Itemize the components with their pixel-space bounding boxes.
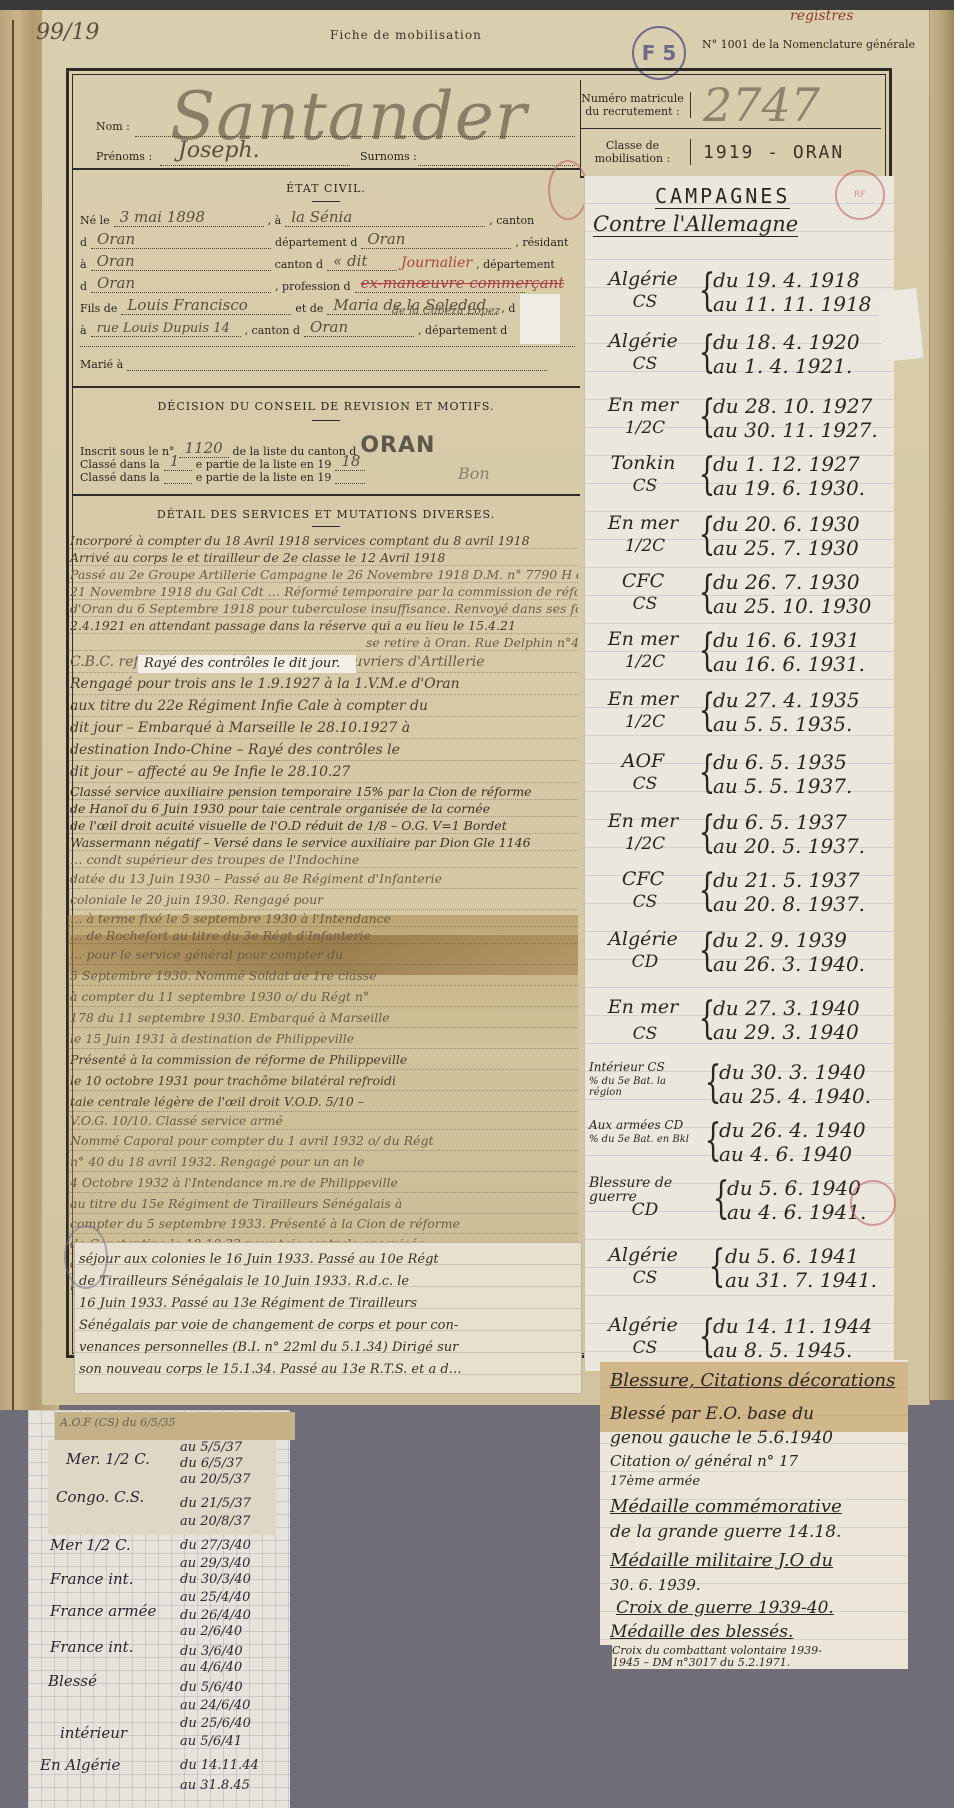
- matricule-divider: [581, 128, 881, 129]
- matricule-row: Numéro matricule du recrutement : 2747: [581, 84, 889, 126]
- campaign-entry: En mer 1/2C { du 20. 6. 1930au 25. 7. 19…: [585, 512, 895, 568]
- decoration-line: Médaille commémorative: [610, 1496, 842, 1517]
- birth-department: Oran: [361, 230, 511, 249]
- service-line: Passé au 2e Groupe Artillerie Campagne l…: [66, 566, 578, 583]
- prenoms-label: Prénoms :: [96, 150, 152, 163]
- campaign-entry: Algérie CS { du 18. 4. 1920au 1. 4. 1921…: [585, 330, 895, 386]
- campaign-place: Algérie: [589, 928, 697, 950]
- date-from: du 30. 3. 1940: [719, 1060, 871, 1084]
- row-prefix: Né le: [80, 214, 110, 227]
- campaign-dates: du 19. 4. 1918au 11. 11. 1918: [713, 268, 871, 316]
- slip-date: au 5/6/41: [180, 1734, 242, 1749]
- decoration-line: genou gauche le 5.6.1940: [610, 1428, 833, 1448]
- row-suffix: , département: [476, 258, 555, 271]
- slip-date: au 25/4/40: [180, 1590, 250, 1605]
- classe-part: [164, 483, 192, 484]
- classe-year: 18: [335, 452, 365, 471]
- slip-date: au 2/6/40: [180, 1624, 242, 1639]
- campaign-place: AOF: [589, 750, 697, 772]
- date-from: du 16. 6. 1931: [713, 628, 865, 652]
- campaign-dates: du 27. 3. 1940au 29. 3. 1940: [713, 996, 860, 1044]
- row-prefix: à: [80, 324, 87, 337]
- row-suffix: , d: [501, 302, 515, 315]
- row-prefix: d: [80, 280, 87, 293]
- decoration-line: Médaille des blessés.: [610, 1622, 793, 1642]
- title-rule: [312, 526, 340, 527]
- date-from: du 2. 9. 1939: [713, 928, 865, 952]
- row-suffix: , résidant: [515, 236, 568, 249]
- row-mid: canton d: [275, 258, 323, 271]
- slip-date: du 21/5/37: [180, 1496, 251, 1511]
- birth-date: 3 mai 1898: [114, 208, 264, 227]
- date-from: du 27. 3. 1940: [713, 996, 860, 1020]
- campaign-code: CS: [605, 1338, 685, 1358]
- campaign-dates: du 21. 5. 1937au 20. 8. 1937.: [713, 868, 865, 916]
- service-line: d'Oran du 6 Septembre 1918 pour tubercul…: [66, 600, 578, 617]
- campaign-place: En mer: [589, 394, 697, 416]
- service-line: Présenté à la commission de réforme de P…: [66, 1049, 578, 1070]
- campaign-dates: du 6. 5. 1935au 5. 5. 1937.: [713, 750, 852, 798]
- decorations-title: Blessure, Citations décorations: [610, 1370, 895, 1391]
- date-from: du 18. 4. 1920: [713, 330, 860, 354]
- service-line: dit jour – affecté au 9e Infie le 28.10.…: [66, 761, 578, 783]
- date-to: au 20. 5. 1937.: [713, 834, 865, 858]
- date-to: au 4. 6. 1940: [719, 1142, 866, 1166]
- campaign-dates: du 6. 5. 1937au 20. 5. 1937.: [713, 810, 865, 858]
- decoration-line: Croix de guerre 1939-40.: [616, 1598, 834, 1618]
- campaigns-title: CAMPAGNES: [655, 184, 790, 209]
- campaign-place: En mer: [589, 996, 697, 1018]
- classe-label: Classé dans la: [80, 458, 160, 471]
- brace-icon: {: [709, 1244, 726, 1290]
- service-line: datée du 13 Juin 1930 – Passé au 8e Régi…: [66, 868, 578, 889]
- parents-address: rue Louis Dupuis 14: [91, 321, 241, 337]
- campaign-entry: Intérieur CS % du 5e Bat. la région { du…: [585, 1060, 895, 1116]
- slip-label: France int.: [50, 1638, 133, 1656]
- divider: [72, 494, 580, 496]
- classe-mid: e partie de la liste en 19: [196, 471, 332, 484]
- campaign-entry: Blessure de guerre CD { du 5. 6. 1940au …: [585, 1176, 895, 1232]
- date-from: du 26. 4. 1940: [719, 1118, 866, 1142]
- classe-label: Classé dans la: [80, 471, 160, 484]
- red-stamp: [548, 160, 588, 220]
- etat-civil-row: Né le 3 mai 1898 , à la Sénia , canton: [80, 208, 534, 227]
- date-to: au 25. 7. 1930: [713, 536, 860, 560]
- campaign-dates: du 1. 12. 1927au 19. 6. 1930.: [713, 452, 865, 500]
- campaign-entry: Tonkin CS { du 1. 12. 1927au 19. 6. 1930…: [585, 452, 895, 508]
- parents-canton: Oran: [304, 318, 414, 337]
- row-suffix: , département d: [418, 324, 507, 337]
- profession-struck: ex-manœuvre commerçant: [355, 274, 525, 293]
- decoration-line: 1945 – DM n°3017 du 5.2.1971.: [612, 1656, 908, 1669]
- date-to: au 20. 8. 1937.: [713, 892, 865, 916]
- campaign-code: % du 5e Bat. la région: [589, 1076, 699, 1098]
- title-rule: [312, 420, 340, 421]
- campaign-place: Algérie: [589, 330, 697, 352]
- campaign-place: CFC: [589, 868, 697, 890]
- service-line: … condt supérieur des troupes de l'Indoc…: [66, 851, 578, 868]
- slip-date: au 20/8/37: [180, 1514, 250, 1529]
- service-line: se retire à Oran. Rue Delphin n°42 –: [66, 634, 578, 651]
- service-line: séjour aux colonies le 16 Juin 1933. Pas…: [75, 1249, 581, 1271]
- row-mid: , canton d: [245, 324, 300, 337]
- classe-mid: e partie de la liste en 19: [196, 458, 332, 471]
- service-line: … pour le service général pour compter d…: [66, 944, 578, 965]
- campaign-entry: En mer 1/2C { du 6. 5. 1937au 20. 5. 193…: [585, 810, 895, 866]
- row-mid: , à: [268, 214, 282, 227]
- service-line: 4 Octobre 1932 à l'Intendance m.re de Ph…: [66, 1172, 578, 1193]
- campaign-dates: du 20. 6. 1930au 25. 7. 1930: [713, 512, 860, 560]
- slip-date: du 25/6/40: [180, 1716, 251, 1731]
- faded-header: A.O.F (CS) du 6/5/35: [60, 1416, 176, 1429]
- pasted-slip: séjour aux colonies le 16 Juin 1933. Pas…: [74, 1242, 582, 1394]
- mother-surname-note: de la Cabeza Lopez: [392, 304, 500, 317]
- decoration-line: 30. 6. 1939.: [610, 1576, 701, 1594]
- campaign-place: En mer: [589, 628, 697, 650]
- campaign-place: Algérie: [589, 1314, 697, 1336]
- date-from: du 19. 4. 1918: [713, 268, 871, 292]
- service-line: venances personnelles (B.I. n° 22ml du 5…: [75, 1337, 581, 1359]
- slip-date: au 5/5/37: [180, 1440, 242, 1455]
- campaigns-card: CAMPAGNES Contre l'Allemagne Algérie CS …: [584, 176, 894, 1371]
- etat-civil-row: d Oran , profession d ex-manœuvre commer…: [80, 274, 525, 293]
- campaign-place: CFC: [589, 570, 697, 592]
- campaign-code: % du 5e Bat. en Bkl: [589, 1134, 699, 1145]
- service-line: Arrivé au corps le et tirailleur de 2e c…: [66, 549, 578, 566]
- divider: [72, 386, 580, 388]
- service-line: Nommé Caporal pour compter du 1 avril 19…: [66, 1130, 578, 1151]
- date-from: du 27. 4. 1935: [713, 688, 860, 712]
- campaign-code: CS: [605, 774, 685, 794]
- profession-correction: Journalier: [401, 255, 472, 271]
- campaign-place: Algérie: [589, 268, 697, 290]
- service-line: au titre du 15e Régiment de Tirailleurs …: [66, 1193, 578, 1214]
- campaign-code: 1/2C: [605, 712, 685, 732]
- service-line: aux titre du 22e Régiment Infie Cale à c…: [66, 695, 578, 717]
- red-stamp: [850, 1180, 896, 1226]
- service-line: 178 du 11 septembre 1930. Embarqué à Mar…: [66, 1007, 578, 1028]
- campaign-place: Intérieur CS: [589, 1060, 697, 1074]
- date-from: du 14. 11. 1944: [713, 1314, 872, 1338]
- campaign-entry: En mer 1/2C { du 27. 4. 1935au 5. 5. 193…: [585, 688, 895, 744]
- torn-paper-patch: [876, 288, 923, 362]
- nom-field-line: [135, 136, 575, 137]
- service-line: Wassermann négatif – Versé dans le servi…: [66, 834, 578, 851]
- service-line: son nouveau corps le 15.1.34. Passé au 1…: [75, 1359, 581, 1381]
- row-prefix: à: [80, 258, 87, 271]
- campaign-place: Algérie: [589, 1244, 697, 1266]
- red-stamp-rf: RF: [835, 170, 885, 220]
- campaign-entry: CFC CS { du 21. 5. 1937au 20. 8. 1937.: [585, 868, 895, 924]
- service-line: de Hanoï du 6 Juin 1930 pour taie centra…: [66, 800, 578, 817]
- date-to: au 11. 11. 1918: [713, 292, 871, 316]
- paper-patch: [520, 294, 560, 344]
- slip-date: au 31.8.45: [180, 1778, 250, 1793]
- decoration-line: 17ème armée: [610, 1474, 700, 1489]
- date-from: du 28. 10. 1927: [713, 394, 878, 418]
- slip-label: Congo. C.S.: [56, 1488, 144, 1506]
- service-line: … à terme fixé le 5 septembre 1930 à l'I…: [66, 910, 578, 927]
- etat-civil-row: à Oran canton d « dit Journalier , dépar…: [80, 252, 555, 271]
- campaign-entry: Aux armées CD % du 5e Bat. en Bkl { du 2…: [585, 1118, 895, 1174]
- date-from: du 26. 7. 1930: [713, 570, 871, 594]
- date-to: au 16. 6. 1931.: [713, 652, 865, 676]
- form-title: Fiche de mobilisation: [330, 28, 482, 42]
- etat-civil-title: ÉTAT CIVIL.: [72, 182, 580, 195]
- campaigns-subtitle: Contre l'Allemagne: [593, 212, 798, 237]
- service-line: … de Rochefort au titre du 3e Régt d'Inf…: [66, 927, 578, 944]
- matricule-label: Numéro matricule du recrutement :: [581, 92, 691, 118]
- campaign-dates: du 5. 6. 1940au 4. 6. 1941.: [727, 1176, 866, 1224]
- service-line: Classé service auxiliaire pension tempor…: [66, 783, 578, 800]
- date-to: au 1. 4. 1921.: [713, 354, 860, 378]
- date-from: du 6. 5. 1935: [713, 750, 852, 774]
- service-line: n° 40 du 18 avril 1932. Rengagé pour un …: [66, 1151, 578, 1172]
- birth-place: la Sénia: [285, 208, 485, 227]
- marie-value: [127, 370, 547, 371]
- date-from: du 21. 5. 1937: [713, 868, 865, 892]
- nom-label: Nom :: [96, 120, 130, 133]
- etat-civil-row: d Oran département d Oran , résidant: [80, 230, 568, 249]
- campaign-dates: du 18. 4. 1920au 1. 4. 1921.: [713, 330, 860, 378]
- campaign-place: Aux armées CD: [589, 1118, 697, 1132]
- date-to: au 4. 6. 1941.: [727, 1200, 866, 1224]
- slip-label: Blessé: [48, 1672, 97, 1690]
- registres-note: registres: [790, 8, 853, 24]
- campaign-dates: du 30. 3. 1940au 25. 4. 1940.: [719, 1060, 871, 1108]
- campaign-code: 1/2C: [605, 652, 685, 672]
- classe-row: Classé dans la e partie de la liste en 1…: [80, 471, 365, 484]
- campaign-code: CS: [605, 354, 685, 374]
- service-line: 21 Novembre 1918 du Gal Cdt … Réformé te…: [66, 583, 578, 600]
- campaign-code: CD: [605, 1200, 685, 1220]
- row-suffix: , canton: [489, 214, 534, 227]
- prenoms-value: Joseph.: [178, 138, 260, 163]
- surnoms-field-line: [418, 165, 575, 166]
- decision-remark: Bon: [458, 464, 490, 483]
- slip-date: au 4/6/40: [180, 1660, 242, 1675]
- residence-canton: « dit: [327, 252, 397, 271]
- campaign-dates: du 5. 6. 1941au 31. 7. 1941.: [725, 1244, 877, 1292]
- slip-date: au 29/3/40: [180, 1556, 250, 1571]
- slip-label: En Algérie: [40, 1756, 120, 1774]
- date-from: du 5. 6. 1940: [727, 1176, 866, 1200]
- marie-label: Marié à: [80, 358, 123, 371]
- services-text: Incorporé à compter du 18 Avril 1918 ser…: [66, 532, 578, 1294]
- spine-seam: [12, 20, 14, 1410]
- surnoms-label: Surnoms :: [360, 150, 417, 163]
- classe-row: Classé dans la 1 e partie de la liste en…: [80, 452, 365, 471]
- campaign-place: En mer: [589, 688, 697, 710]
- classe-value: 1919 - ORAN: [691, 142, 844, 163]
- slip-date: au 20/5/37: [180, 1472, 250, 1487]
- service-line: coloniale le 20 juin 1930. Rengagé pour: [66, 889, 578, 910]
- campaign-dates: du 26. 7. 1930au 25. 10. 1930: [713, 570, 871, 618]
- slip-date: du 14.11.44: [180, 1758, 259, 1773]
- marie-row: Marié à: [80, 358, 547, 371]
- date-from: du 1. 12. 1927: [713, 452, 865, 476]
- campaign-entry: Algérie CD { du 2. 9. 1939au 26. 3. 1940…: [585, 928, 895, 984]
- classe-year: [335, 483, 365, 484]
- campaign-dates: du 27. 4. 1935au 5. 5. 1935.: [713, 688, 860, 736]
- row-mid: et de: [295, 302, 323, 315]
- date-to: au 31. 7. 1941.: [725, 1268, 877, 1292]
- campaign-code: CS: [605, 476, 685, 496]
- service-line: compter du 5 septembre 1933. Présenté à …: [66, 1214, 578, 1234]
- campaign-entry: Algérie CS { du 5. 6. 1941au 31. 7. 1941…: [585, 1244, 895, 1300]
- campaign-code: CS: [605, 292, 685, 312]
- date-to: au 29. 3. 1940: [713, 1020, 860, 1044]
- campaign-code: CS: [605, 892, 685, 912]
- campaign-entry: CFC CS { du 26. 7. 1930au 25. 10. 1930: [585, 570, 895, 626]
- residence: Oran: [91, 252, 271, 271]
- date-to: au 19. 6. 1930.: [713, 476, 865, 500]
- nomenclature-ref: N° 1001 de la Nomenclature générale: [702, 38, 915, 51]
- slip-date: du 27/3/40: [180, 1538, 251, 1553]
- classe-row: Classe de mobilisation : 1919 - ORAN: [581, 132, 889, 172]
- title-rule: [312, 201, 340, 202]
- row-mid: département d: [275, 236, 357, 249]
- campaign-entry: En mer 1/2C { du 16. 6. 1931au 16. 6. 19…: [585, 628, 895, 684]
- matricule-box: Numéro matricule du recrutement : 2747 C…: [580, 80, 888, 176]
- blank-line: [80, 346, 575, 347]
- service-line: le 10 octobre 1931 pour trachôme bilatér…: [66, 1070, 578, 1091]
- campaign-code: CD: [605, 952, 685, 972]
- divider: [72, 168, 580, 170]
- campaign-dates: du 26. 4. 1940au 4. 6. 1940: [719, 1118, 866, 1166]
- campaign-entry: En mer 1/2C { du 28. 10. 1927au 30. 11. …: [585, 394, 895, 450]
- etat-civil-row: à rue Louis Dupuis 14 , canton d Oran , …: [80, 318, 507, 337]
- date-from: du 5. 6. 1941: [725, 1244, 877, 1268]
- slip-date: du 3/6/40: [180, 1644, 243, 1659]
- classe-part: 1: [164, 452, 192, 471]
- decision-title: DÉCISION DU CONSEIL DE REVISION ET MOTIF…: [72, 400, 580, 413]
- campaign-dates: du 2. 9. 1939au 26. 3. 1940.: [713, 928, 865, 976]
- campaign-place: Tonkin: [589, 452, 697, 474]
- campaign-code: 1/2C: [605, 536, 685, 556]
- raye-controles-slip: Rayé des contrôles le dit jour.: [138, 655, 356, 673]
- service-line: destination Indo-Chine – Rayé des contrô…: [66, 739, 578, 761]
- date-to: au 25. 10. 1930: [713, 594, 871, 618]
- slip-date: du 26/4/40: [180, 1608, 251, 1623]
- decoration-line: de la grande guerre 14.18.: [610, 1522, 841, 1542]
- date-to: au 8. 5. 1945.: [713, 1338, 872, 1362]
- prenoms-field-line: [160, 165, 350, 166]
- slip-label: Mer 1/2 C.: [50, 1536, 131, 1554]
- campaign-dates: du 28. 10. 1927au 30. 11. 1927.: [713, 394, 878, 442]
- service-line: 2.4.1921 en attendant passage dans la ré…: [66, 617, 578, 634]
- residence-department: Oran: [91, 274, 271, 293]
- service-line: le 15 Juin 1931 à destination de Philipp…: [66, 1028, 578, 1049]
- service-line: taie centrale légère de l'œil droit V.O.…: [66, 1091, 578, 1112]
- service-line: Incorporé à compter du 18 Avril 1918 ser…: [66, 532, 578, 549]
- services-title: DÉTAIL DES SERVICES ET MUTATIONS DIVERSE…: [72, 508, 580, 521]
- service-line: 5 Septembre 1930. Nommé Soldat de 1re cl…: [66, 965, 578, 986]
- date-from: du 20. 6. 1930: [713, 512, 860, 536]
- slip-date: du 6/5/37: [180, 1456, 243, 1471]
- campaign-entry: En mer CS { du 27. 3. 1940au 29. 3. 1940: [585, 996, 895, 1052]
- campaign-code: 1/2C: [605, 834, 685, 854]
- slip-label: Mer. 1/2 C.: [66, 1450, 150, 1468]
- decoration-line: Citation o/ général n° 17: [610, 1452, 798, 1470]
- slip-label: France int.: [50, 1570, 133, 1588]
- slip-date: au 24/6/40: [180, 1698, 250, 1713]
- service-line: de l'œil droit acuité visuelle de l'O.D …: [66, 817, 578, 834]
- service-line: dit jour – Embarqué à Marseille le 28.10…: [66, 717, 578, 739]
- service-line: à compter du 11 septembre 1930 o/ du Rég…: [66, 986, 578, 1007]
- row-prefix: d: [80, 236, 87, 249]
- service-line: V.O.G. 10/10. Classé service armé: [66, 1112, 578, 1130]
- decoration-line: Blessé par E.O. base du: [610, 1404, 814, 1424]
- pencil-number: 99/19: [36, 20, 99, 45]
- date-from: du 6. 5. 1937: [713, 810, 865, 834]
- slip-date: du 5/6/40: [180, 1680, 243, 1695]
- campaign-entry: Algérie CS { du 19. 4. 1918au 11. 11. 19…: [585, 268, 895, 324]
- campaign-dates: du 14. 11. 1944au 8. 5. 1945.: [713, 1314, 872, 1362]
- campaign-place: En mer: [589, 512, 697, 534]
- service-line: de Tirailleurs Sénégalais le 10 Juin 193…: [75, 1271, 581, 1293]
- campaign-dates: du 16. 6. 1931au 16. 6. 1931.: [713, 628, 865, 676]
- campaign-code: CS: [605, 1268, 685, 1288]
- date-to: au 26. 3. 1940.: [713, 952, 865, 976]
- date-to: au 5. 5. 1937.: [713, 774, 852, 798]
- violet-stamp: [64, 1225, 108, 1289]
- campaign-code: 1/2C: [605, 418, 685, 438]
- campaign-code: CS: [605, 1024, 685, 1044]
- row-prefix: Fils de: [80, 302, 117, 315]
- campaign-place: En mer: [589, 810, 697, 832]
- slip-date: du 30/3/40: [180, 1572, 251, 1587]
- service-line: Rengagé pour trois ans le 1.9.1927 à la …: [66, 673, 578, 695]
- birth-canton: Oran: [91, 230, 271, 249]
- father-name: Louis Francisco: [121, 296, 291, 315]
- service-line: 16 Juin 1933. Passé au 13e Régiment de T…: [75, 1293, 581, 1315]
- slip-label: France armée: [50, 1602, 156, 1620]
- classe-label: Classe de mobilisation :: [581, 139, 691, 165]
- oran-stamp: ORAN: [360, 433, 435, 458]
- campaign-entry: AOF CS { du 6. 5. 1935au 5. 5. 1937.: [585, 750, 895, 806]
- matricule-value: 2747: [691, 78, 820, 132]
- date-to: au 25. 4. 1940.: [719, 1084, 871, 1108]
- decoration-line: Médaille militaire J.O du: [610, 1550, 833, 1571]
- row-mid: , profession d: [275, 280, 351, 293]
- date-to: au 5. 5. 1935.: [713, 712, 860, 736]
- date-to: au 30. 11. 1927.: [713, 418, 878, 442]
- slip-label: intérieur: [60, 1724, 127, 1742]
- campaign-code: CS: [605, 594, 685, 614]
- service-line: Sénégalais par voie de changement de cor…: [75, 1315, 581, 1337]
